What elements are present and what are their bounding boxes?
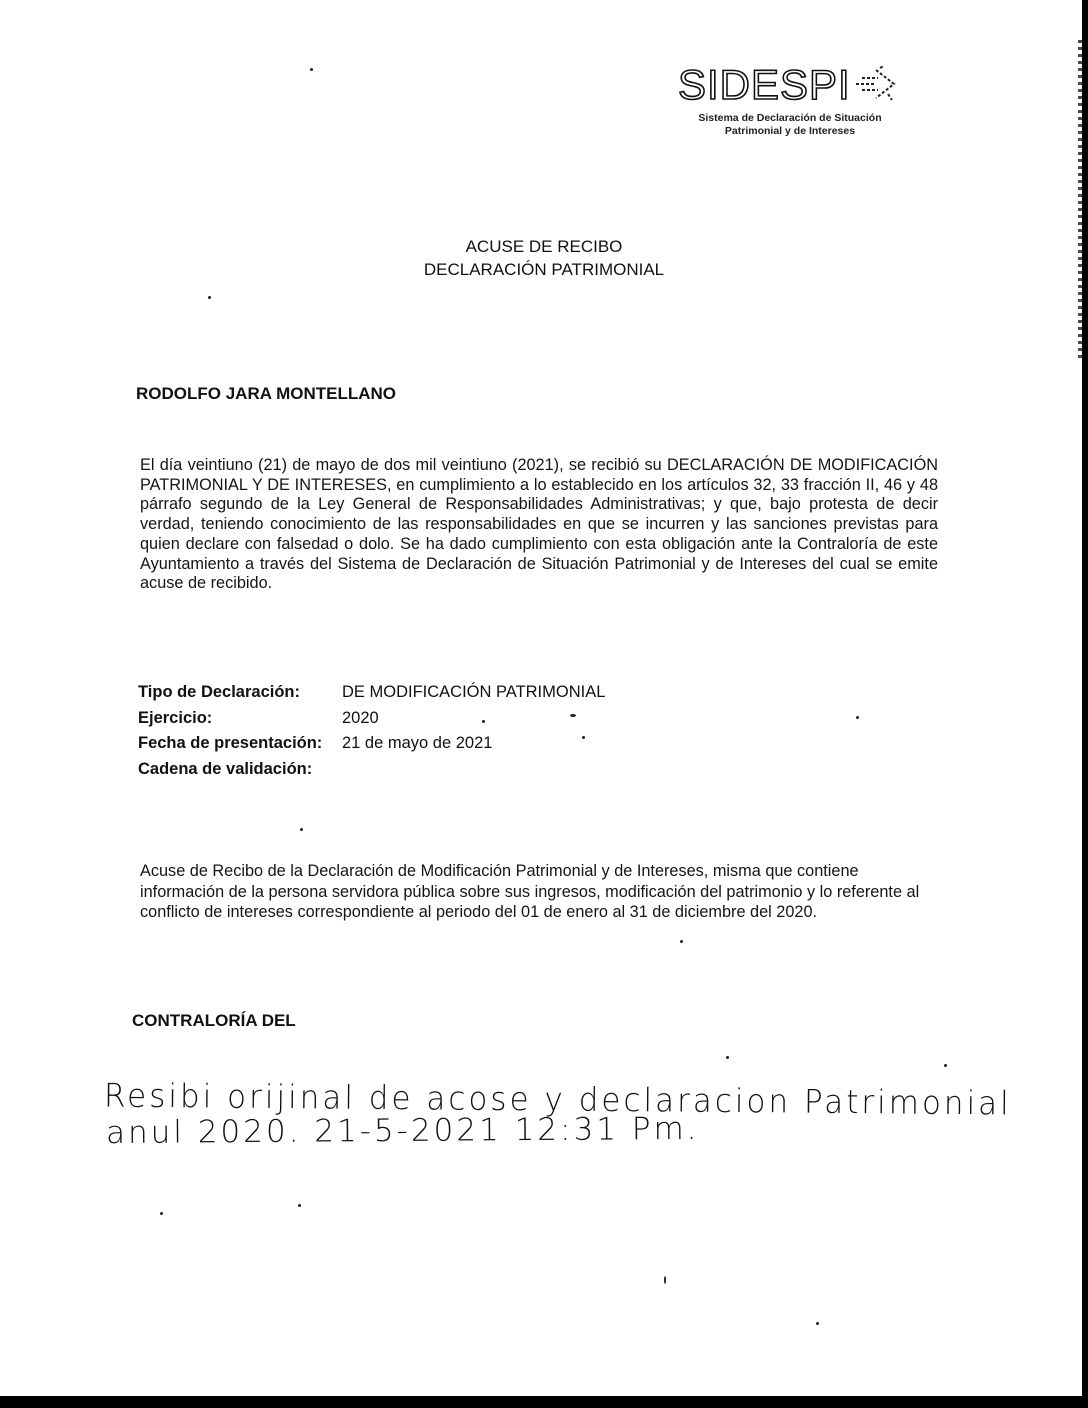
detail-row-validation: Cadena de validación: xyxy=(138,757,605,783)
arrow-right-icon xyxy=(854,64,898,104)
scan-speck xyxy=(300,828,303,831)
recipient-name: RODOLFO JARA MONTELLANO xyxy=(136,384,396,404)
scan-speck xyxy=(856,716,859,719)
scan-edge-bottom xyxy=(0,1396,1088,1408)
scan-speck xyxy=(664,1276,666,1284)
sidespi-logo: SIDESPI Sistema de Declaración de Situac… xyxy=(672,62,912,142)
handwritten-note-line: anul 2020. 21-5-2021 12:31 Pm. xyxy=(106,1111,700,1151)
scan-speck xyxy=(726,1056,729,1059)
detail-label: Ejercicio: xyxy=(138,706,342,732)
detail-row-year: Ejercicio: 2020 xyxy=(138,706,605,732)
scan-speck xyxy=(482,720,485,723)
scan-speck xyxy=(680,940,683,943)
document-title: ACUSE DE RECIBO xyxy=(0,235,1088,258)
detail-label: Tipo de Declaración: xyxy=(138,680,342,706)
scan-speck xyxy=(298,1204,301,1207)
detail-value: 21 de mayo de 2021 xyxy=(342,731,492,757)
detail-label: Cadena de validación: xyxy=(138,757,342,783)
signature-block: CONTRALORÍA DEL xyxy=(132,1011,296,1031)
detail-value: 2020 xyxy=(342,706,379,732)
logo-wordmark: SIDESPI xyxy=(678,62,851,108)
scan-speck xyxy=(570,714,576,717)
detail-row-type: Tipo de Declaración: DE MODIFICACIÓN PAT… xyxy=(138,680,605,706)
scan-speck xyxy=(208,296,211,299)
logo-subtitle: Patrimonial y de Intereses xyxy=(672,125,908,137)
detail-value: DE MODIFICACIÓN PATRIMONIAL xyxy=(342,680,605,706)
body-paragraph: El día veintiuno (21) de mayo de dos mil… xyxy=(140,456,938,594)
scan-edge-noise xyxy=(1078,40,1082,360)
scan-speck xyxy=(816,1322,819,1325)
document-subtitle: DECLARACIÓN PATRIMONIAL xyxy=(0,258,1088,281)
declaration-details: Tipo de Declaración: DE MODIFICACIÓN PAT… xyxy=(138,680,605,782)
detail-label: Fecha de presentación: xyxy=(138,731,342,757)
logo-subtitle: Sistema de Declaración de Situación xyxy=(672,112,908,124)
scan-speck xyxy=(944,1064,947,1067)
scan-speck xyxy=(582,736,585,739)
scan-speck xyxy=(310,68,313,71)
scan-edge-right xyxy=(1082,0,1088,1408)
detail-row-date: Fecha de presentación: 21 de mayo de 202… xyxy=(138,731,605,757)
summary-paragraph: Acuse de Recibo de la Declaración de Mod… xyxy=(140,861,930,923)
scan-speck xyxy=(160,1212,163,1215)
